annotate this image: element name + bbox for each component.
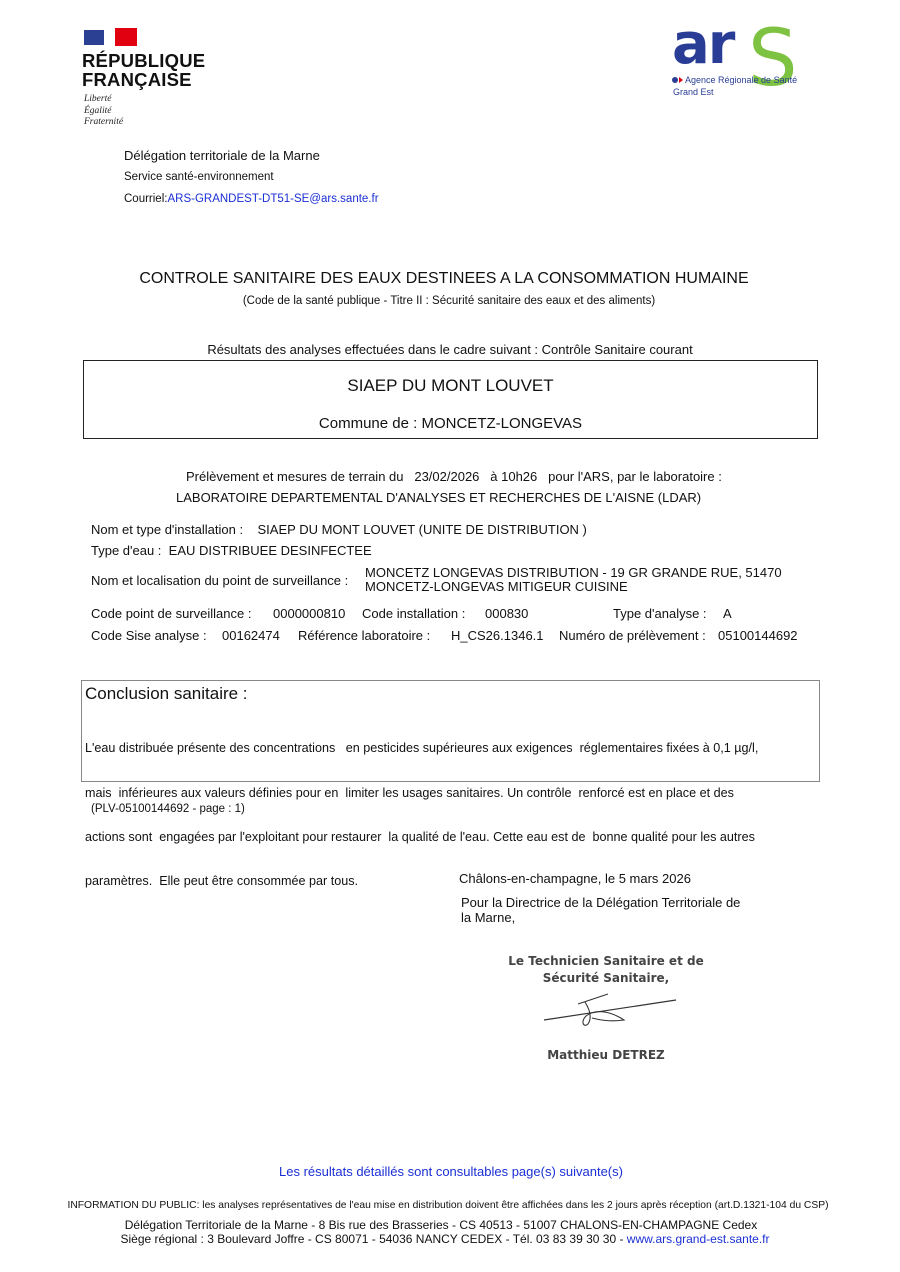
ars-logo-s: S [748,14,798,104]
point-code-value: 0000000810 [273,606,345,621]
ars-logo: ar S Agence Régionale de Santé Grand Est [668,28,813,113]
point-value: MONCETZ LONGEVAS DISTRIBUTION - 19 GR GR… [365,566,782,594]
water-type-row: Type d'eau : EAU DISTRIBUEE DESINFECTEE [91,543,372,558]
conclusion-title: Conclusion sanitaire : [85,684,248,704]
analysis-context: Résultats des analyses effectuées dans l… [0,342,900,357]
signatory-role: Le Technicien Sanitaire et de Sécurité S… [496,953,716,987]
website-link[interactable]: www.ars.grand-est.sante.fr [627,1232,770,1246]
sampling-time: à 10h26 [490,469,537,484]
ars-logo-letters: ar [672,12,733,77]
marianne-flag-icon [82,28,138,46]
installation-code-label: Code installation : [362,606,465,621]
conclusion-box: Conclusion sanitaire : L'eau distribuée … [81,680,820,782]
analysis-type-value: A [723,606,732,621]
sampling-line: Prélèvement et mesures de terrain du 23/… [186,469,722,484]
red-arrow-icon [679,77,683,83]
sender-service: Service santé-environnement [124,171,274,183]
lab-ref-value: H_CS26.1346.1 [451,628,544,643]
laboratory-name: LABORATOIRE DEPARTEMENTAL D'ANALYSES ET … [176,490,701,505]
page-reference: (PLV-05100144692 - page : 1) [91,803,245,815]
installation-value: SIAEP DU MONT LOUVET (UNITE DE DISTRIBUT… [258,522,587,537]
sample-number-value: 05100144692 [718,628,798,643]
email-label: Courriel: [124,193,167,205]
ars-region: Grand Est [673,87,714,97]
email-link[interactable]: ARS-GRANDEST-DT51-SE@ars.sante.fr [167,193,378,205]
point-code-label: Code point de surveillance : [91,606,251,621]
installation-code-value: 000830 [485,606,528,621]
site-commune: Commune de : MONCETZ-LONGEVAS [84,415,817,432]
sampling-date: 23/02/2026 [414,469,479,484]
rf-name: RÉPUBLIQUE FRANÇAISE [82,51,205,89]
analysis-type-label: Type d'analyse : [613,606,707,621]
document-subtitle: (Code de la santé publique - Titre II : … [0,295,898,307]
signatory-name: Matthieu DETREZ [496,1048,716,1062]
sender-delegation: Délégation territoriale de la Marne [124,148,320,163]
handwritten-signature-icon [540,990,680,1030]
blue-dot-icon [672,77,678,83]
site-box: SIAEP DU MONT LOUVET Commune de : MONCET… [83,360,818,439]
signature-for: Pour la Directrice de la Délégation Terr… [461,895,751,925]
sise-value: 00162474 [222,628,280,643]
site-name: SIAEP DU MONT LOUVET [84,376,817,396]
water-type-value: EAU DISTRIBUEE DESINFECTEE [169,543,372,558]
installation-row: Nom et type d'installation : SIAEP DU MO… [91,522,587,537]
rf-motto: Liberté Égalité Fraternité [84,94,123,129]
ars-agency-name: Agence Régionale de Santé [672,75,797,85]
place-date: Châlons-en-champagne, le 5 mars 2026 [459,871,691,886]
document-title: CONTROLE SANITAIRE DES EAUX DESTINEES A … [0,270,888,288]
detailed-results-note: Les résultats détaillés sont consultable… [0,1164,900,1179]
sender-email-line: Courriel:ARS-GRANDEST-DT51-SE@ars.sante.… [124,193,379,205]
public-information: INFORMATION DU PUBLIC: les analyses repr… [0,1200,896,1211]
footer-address-headquarters: Siège régional : 3 Boulevard Joffre - CS… [0,1232,890,1246]
lab-ref-label: Référence laboratoire : [298,628,430,643]
republique-francaise-logo: RÉPUBLIQUE FRANÇAISE Liberté Égalité Fra… [82,26,217,131]
sise-label: Code Sise analyse : [91,628,207,643]
footer-address-delegation: Délégation Territoriale de la Marne - 8 … [0,1218,882,1232]
point-label: Nom et localisation du point de surveill… [91,573,348,588]
sample-number-label: Numéro de prélèvement : [559,628,706,643]
